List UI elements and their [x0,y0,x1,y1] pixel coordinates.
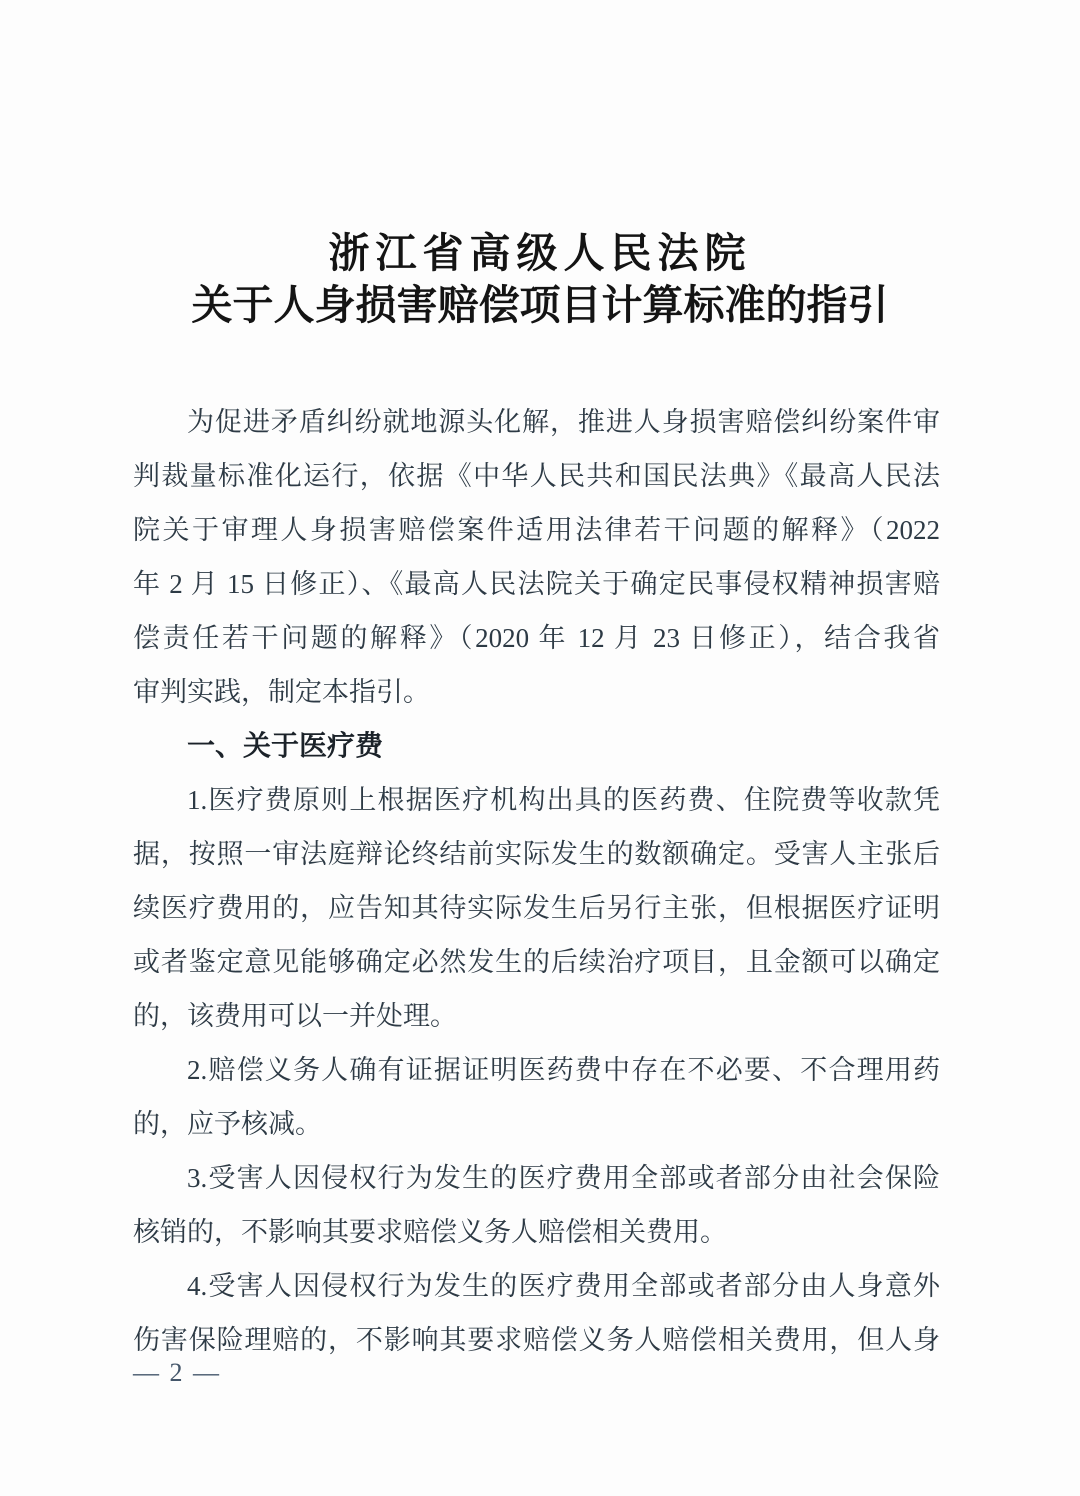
item-paragraph-4: 4.受害人因侵权行为发生的医疗费用全部或者部分由人身意外 伤害保险理赔的，不影响… [133,1259,940,1367]
text-line: 3.受害人因侵权行为发生的医疗费用全部或者部分由社会保险 [133,1151,940,1205]
document-title: 浙江省高级人民法院 关于人身损害赔偿项目计算标准的指引 [0,227,1080,331]
text-line: 2.赔偿义务人确有证据证明医药费中存在不必要、不合理用药 [133,1043,940,1097]
item-paragraph-2: 2.赔偿义务人确有证据证明医药费中存在不必要、不合理用药 的，应予核减。 [133,1043,940,1151]
text-line: 审判实践，制定本指引。 [133,665,940,719]
item-paragraph-3: 3.受害人因侵权行为发生的医疗费用全部或者部分由社会保险 核销的，不影响其要求赔… [133,1151,940,1259]
item-paragraph-1: 1.医疗费原则上根据医疗机构出具的医药费、住院费等收款凭 据，按照一审法庭辩论终… [133,773,940,1043]
section-heading-medical-expenses: 一、关于医疗费 [133,719,940,773]
document-body: 为促进矛盾纠纷就地源头化解，推进人身损害赔偿纠纷案件审 判裁量标准化运行，依据《… [133,395,940,1367]
title-line-document-name: 关于人身损害赔偿项目计算标准的指引 [0,279,1080,331]
text-line: 的，应予核减。 [133,1097,940,1151]
text-line: 续医疗费用的，应告知其待实际发生后另行主张，但根据医疗证明 [133,881,940,935]
text-line: 偿责任若干问题的解释》（2020 年 12 月 23 日修正），结合我省 [133,611,940,665]
title-line-court-name: 浙江省高级人民法院 [0,227,1080,279]
text-line: 1.医疗费原则上根据医疗机构出具的医药费、住院费等收款凭 [133,773,940,827]
text-line: 4.受害人因侵权行为发生的医疗费用全部或者部分由人身意外 [133,1259,940,1313]
page-number: — 2 — [133,1358,221,1387]
page-footer: — 2 — [133,1356,221,1390]
text-line: 核销的，不影响其要求赔偿义务人赔偿相关费用。 [133,1205,940,1259]
text-line: 院关于审理人身损害赔偿案件适用法律若干问题的解释》（2022 [133,503,940,557]
text-line: 的，该费用可以一并处理。 [133,989,940,1043]
intro-paragraph: 为促进矛盾纠纷就地源头化解，推进人身损害赔偿纠纷案件审 判裁量标准化运行，依据《… [133,395,940,719]
text-line: 为促进矛盾纠纷就地源头化解，推进人身损害赔偿纠纷案件审 [133,395,940,449]
document-page: 浙江省高级人民法院 关于人身损害赔偿项目计算标准的指引 为促进矛盾纠纷就地源头化… [0,0,1080,1496]
text-line: 判裁量标准化运行，依据《中华人民共和国民法典》《最高人民法 [133,449,940,503]
text-line: 伤害保险理赔的，不影响其要求赔偿义务人赔偿相关费用，但人身 [133,1313,940,1367]
text-line: 或者鉴定意见能够确定必然发生的后续治疗项目，且金额可以确定 [133,935,940,989]
text-line: 年 2 月 15 日修正）、《最高人民法院关于确定民事侵权精神损害赔 [133,557,940,611]
text-line: 据，按照一审法庭辩论终结前实际发生的数额确定。受害人主张后 [133,827,940,881]
